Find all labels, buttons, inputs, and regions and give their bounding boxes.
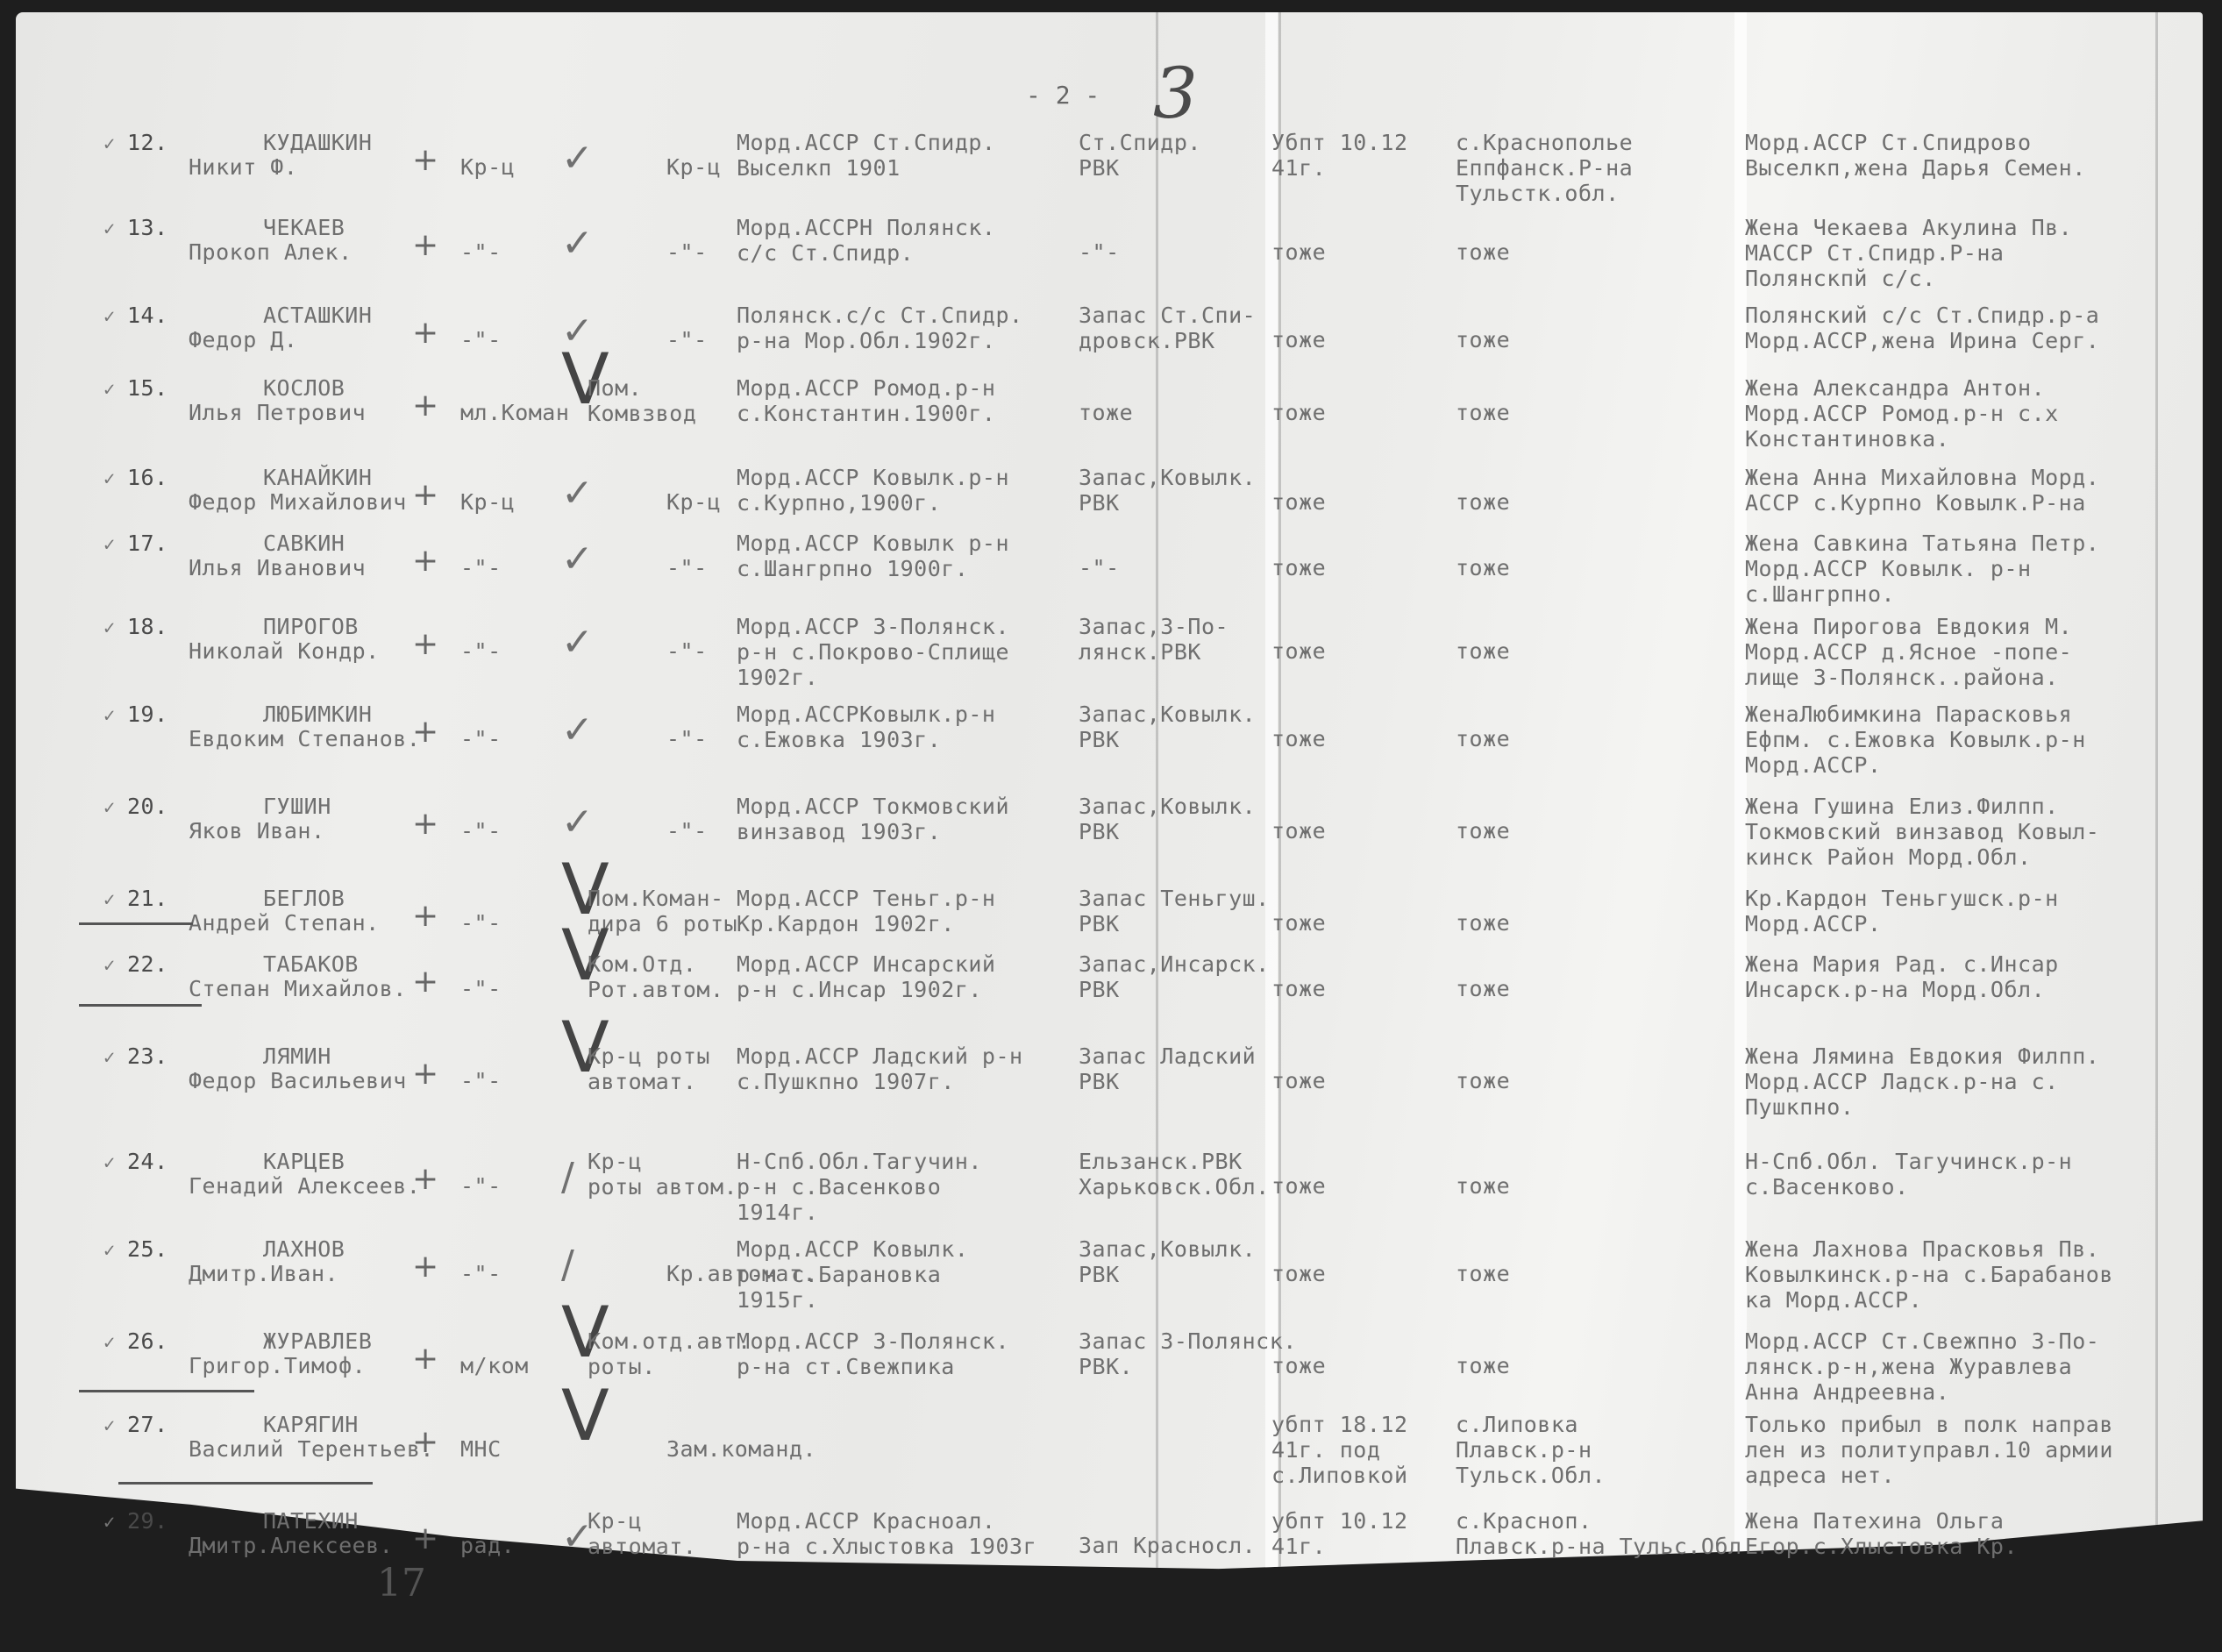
- check-mark-icon: ✓: [561, 146, 594, 171]
- military-commissariat: -"-: [1079, 239, 1120, 265]
- entry-number: 15.: [127, 375, 168, 401]
- given-names: Николай Кондр.: [189, 638, 380, 664]
- tick-mark: ✓: [103, 468, 115, 490]
- tick-mark: ✓: [103, 218, 115, 240]
- surname: САВКИН: [263, 530, 345, 556]
- military-commissariat: тоже: [1079, 400, 1133, 425]
- given-names: Федор Михайлович: [189, 489, 407, 515]
- relatives-address: Жена Гушина Елиз.Филпп. Токмовский винза…: [1745, 794, 2099, 870]
- tick-mark: ✓: [103, 1415, 115, 1437]
- surname: КАРЦЕВ: [263, 1149, 345, 1174]
- position: Ком.Отд. Рот.автом.: [588, 951, 724, 1002]
- burial-place: тоже: [1456, 726, 1510, 751]
- given-names: Прокоп Алек.: [189, 239, 353, 265]
- burial-place: тоже: [1456, 976, 1510, 1001]
- surname: ЛЯМИН: [263, 1043, 331, 1069]
- military-commissariat: Запас,Инсарск. РВК: [1079, 951, 1270, 1002]
- rank: -"-: [460, 327, 502, 352]
- rank: мл.Коман: [460, 400, 569, 425]
- birthplace: Н-Спб.Обл.Тагучин. р-н с.Васенково 1914г…: [737, 1149, 982, 1225]
- birthplace: Морд.АССР Токмовский винзавод 1903г.: [737, 794, 1009, 844]
- relatives-address: Жена Мария Рад. с.Инсар Инсарск.р-на Мор…: [1745, 951, 2059, 1002]
- date-of-death: тоже: [1271, 1353, 1326, 1378]
- rank: -"-: [460, 555, 502, 580]
- check-mark-icon: ✓: [561, 809, 594, 835]
- given-names: Евдоким Степанов.: [189, 726, 420, 751]
- birthplace: Морд.АССР З-Полянск. р-на ст.Свежпика: [737, 1328, 1009, 1379]
- tick-mark: ✓: [103, 1240, 115, 1262]
- rank: -"-: [460, 1173, 502, 1199]
- underline-mark: [79, 922, 193, 925]
- relatives-address: Жена Савкина Татьяна Петр. Морд.АССР Ков…: [1745, 530, 2099, 607]
- birthplace: Морд.АССРН Полянск. с/с Ст.Спидр.: [737, 215, 995, 266]
- tick-mark: ✓: [103, 1047, 115, 1069]
- check-mark-icon: /: [561, 1164, 574, 1190]
- birthplace: Морд.АССР Ромод.р-н с.Константин.1900г.: [737, 375, 995, 426]
- position: Кр-ц: [666, 154, 721, 180]
- entry-number: 25.: [127, 1236, 168, 1262]
- entry-number: 22.: [127, 951, 168, 977]
- military-commissariat: Ельзанск.РВК Харьковск.Обл.: [1079, 1149, 1270, 1200]
- check-mark-icon: V: [561, 1403, 609, 1428]
- relatives-address: Только прибыл в полк направ лен из полит…: [1745, 1412, 2113, 1488]
- military-commissariat: Запас,Ковылк. РВК: [1079, 701, 1256, 752]
- date-of-death: Убпт 10.12 41г.: [1271, 130, 1408, 181]
- relatives-address: Полянский с/с Ст.Спидр.р-а Морд.АССР,жен…: [1745, 303, 2099, 353]
- date-of-death: тоже: [1271, 976, 1326, 1001]
- surname: ЖУРАВЛЕВ: [263, 1328, 372, 1354]
- military-commissariat: Запас,З-По- лянск.РВК: [1079, 614, 1229, 665]
- rank: -"-: [460, 638, 502, 664]
- burial-place: тоже: [1456, 555, 1510, 580]
- underline-mark: [79, 1390, 254, 1392]
- surname: КОСЛОВ: [263, 375, 345, 401]
- check-mark-icon: ✓: [561, 231, 594, 256]
- position: Кр-ц: [666, 489, 721, 515]
- birthplace: Морд.АССР З-Полянск. р-н с.Покрово-Сплищ…: [737, 614, 1009, 690]
- check-mark-icon: /: [561, 1252, 574, 1278]
- burial-place: тоже: [1456, 818, 1510, 844]
- entry-number: 17.: [127, 530, 168, 556]
- entry-number: 21.: [127, 886, 168, 911]
- military-commissariat: Зап Красносл.: [1079, 1533, 1256, 1558]
- military-commissariat: -"-: [1079, 555, 1120, 580]
- rank: -"-: [460, 1261, 502, 1286]
- date-of-death: тоже: [1271, 489, 1326, 515]
- tick-mark: ✓: [103, 534, 115, 556]
- relatives-address: Жена Анна Михайловна Морд. АССР с.Курпно…: [1745, 465, 2099, 516]
- relatives-address: Жена Лямина Евдокия Филпп. Морд.АССР Лад…: [1745, 1043, 2099, 1120]
- military-commissariat: Запас З-Полянск. РВК.: [1079, 1328, 1297, 1379]
- relatives-address: Жена Чекаева Акулина Пв. МАССР Ст.Спидр.…: [1745, 215, 2072, 291]
- given-names: Андрей Степан.: [189, 910, 380, 936]
- date-of-death: тоже: [1271, 555, 1326, 580]
- burial-place: тоже: [1456, 1068, 1510, 1093]
- position: Кр-ц роты автомат.: [588, 1043, 710, 1094]
- underline-mark: [118, 1482, 373, 1485]
- relatives-address: Жена Пирогова Евдокия М. Морд.АССР д.Ясн…: [1745, 614, 2072, 690]
- cross-icon: +: [412, 1526, 439, 1551]
- date-of-death: тоже: [1271, 1261, 1326, 1286]
- birthplace: Морд.АССР Ковылк.р-н с.Курпно,1900г.: [737, 465, 1009, 516]
- position: -"-: [666, 818, 708, 844]
- burial-place: тоже: [1456, 489, 1510, 515]
- tick-mark: ✓: [103, 133, 115, 155]
- tick-mark: ✓: [103, 617, 115, 639]
- surname: ЧЕКАЕВ: [263, 215, 345, 240]
- cross-icon: +: [412, 1166, 439, 1192]
- surname: ЛЮБИМКИН: [263, 701, 372, 727]
- given-names: Федор Д.: [189, 327, 297, 352]
- rank: м/ком: [460, 1353, 529, 1378]
- handwritten-footer-number: 17: [377, 1561, 426, 1606]
- cross-icon: +: [412, 393, 439, 418]
- burial-place: с.Краснополье Еппфанск.Р-на Тульстк.обл.: [1456, 130, 1633, 206]
- position: Кр-ц роты автом.: [588, 1149, 737, 1200]
- rank: Кр-ц: [460, 489, 515, 515]
- burial-place: с.Красноп. Плавск.р-на Тульс.Обл: [1456, 1508, 1742, 1559]
- date-of-death: убпт 10.12 41г.: [1271, 1508, 1408, 1559]
- position: -"-: [666, 638, 708, 664]
- burial-place: тоже: [1456, 910, 1510, 936]
- surname: ЛАХНОВ: [263, 1236, 345, 1262]
- surname: ГУШИН: [263, 794, 331, 819]
- cross-icon: +: [412, 1429, 439, 1455]
- handwritten-page-number: 3: [1153, 53, 1198, 134]
- rank: -"-: [460, 976, 502, 1001]
- tick-mark: ✓: [103, 1512, 115, 1534]
- given-names: Степан Михайлов.: [189, 976, 407, 1001]
- birthplace: Морд.АССР Красноал. р-на с.Хлыстовка 190…: [737, 1508, 1036, 1559]
- position: Ком.отд.авт. роты.: [588, 1328, 751, 1379]
- birthplace: Морд.АССР Теньг.р-н Кр.Кардон 1902г.: [737, 886, 995, 936]
- cross-icon: +: [412, 903, 439, 929]
- tick-mark: ✓: [103, 1332, 115, 1354]
- relatives-address: Жена Александра Антон. Морд.АССР Ромод.р…: [1745, 375, 2059, 452]
- surname: АСТАШКИН: [263, 303, 372, 328]
- date-of-death: тоже: [1271, 910, 1326, 936]
- burial-place: тоже: [1456, 239, 1510, 265]
- birthplace: Морд.АССР Ковылк. р-н с.Барановка 1915г.: [737, 1236, 968, 1313]
- typed-page-number: - 2 -: [1026, 81, 1100, 110]
- given-names: Никит Ф.: [189, 154, 297, 180]
- position: Пом.Коман- дира 6 роты: [588, 886, 737, 936]
- burial-place: тоже: [1456, 400, 1510, 425]
- surname: БЕГЛОВ: [263, 886, 345, 911]
- given-names: Яков Иван.: [189, 818, 325, 844]
- military-commissariat: Запас,Ковылк. РВК: [1079, 1236, 1256, 1287]
- underline-mark: [79, 1004, 202, 1007]
- cross-icon: +: [412, 482, 439, 508]
- burial-place: тоже: [1456, 1353, 1510, 1378]
- rank: рад.: [460, 1533, 515, 1558]
- surname: КАРЯГИН: [263, 1412, 359, 1437]
- position: -"-: [666, 555, 708, 580]
- tick-mark: ✓: [103, 306, 115, 328]
- date-of-death: тоже: [1271, 726, 1326, 751]
- birthplace: Морд.АССРКовылк.р-н с.Ежовка 1903г.: [737, 701, 995, 752]
- check-mark-icon: ✓: [561, 481, 594, 506]
- check-mark-icon: ✓: [561, 717, 594, 743]
- birthplace: Морд.АССР Ст.Спидр. Выселкп 1901: [737, 130, 995, 181]
- entry-number: 19.: [127, 701, 168, 727]
- given-names: Василий Терентьев.: [189, 1436, 434, 1462]
- date-of-death: тоже: [1271, 818, 1326, 844]
- relatives-address: Морд.АССР Ст.Свежпно З-По- лянск.р-н,жен…: [1745, 1328, 2099, 1405]
- position: Кр-ц автомат.: [588, 1508, 696, 1559]
- given-names: Григор.Тимоф.: [189, 1353, 366, 1378]
- cross-icon: +: [412, 1061, 439, 1086]
- rank: -"-: [460, 726, 502, 751]
- entry-number: 20.: [127, 794, 168, 819]
- cross-icon: +: [412, 147, 439, 173]
- surname: ПАТЕХИН: [263, 1508, 359, 1534]
- date-of-death: тоже: [1271, 400, 1326, 425]
- date-of-death: тоже: [1271, 1173, 1326, 1199]
- birthplace: Полянск.с/с Ст.Спидр. р-на Мор.Обл.1902г…: [737, 303, 1023, 353]
- position: -"-: [666, 327, 708, 352]
- cross-icon: +: [412, 811, 439, 837]
- date-of-death: тоже: [1271, 1068, 1326, 1093]
- military-commissariat: Ст.Спидр. РВК: [1079, 130, 1201, 181]
- relatives-address: Н-Спб.Обл. Тагучинск.р-н с.Васенково.: [1745, 1149, 2072, 1200]
- given-names: Дмитр.Алексеев.: [189, 1533, 393, 1558]
- rank: -"-: [460, 239, 502, 265]
- cross-icon: +: [412, 548, 439, 573]
- date-of-death: тоже: [1271, 638, 1326, 664]
- surname: КАНАЙКИН: [263, 465, 372, 490]
- position: -"-: [666, 726, 708, 751]
- entry-number: 14.: [127, 303, 168, 328]
- relatives-address: Жена Патехина Ольга Егор.с.Хлыстовка Кр.: [1745, 1508, 2018, 1559]
- date-of-death: убпт 18.12 41г. под с.Липовкой: [1271, 1412, 1408, 1488]
- relatives-address: Кр.Кардон Теньгушск.р-н Морд.АССР.: [1745, 886, 2059, 936]
- burial-place: тоже: [1456, 638, 1510, 664]
- military-commissariat: Запас Теньгуш. РВК: [1079, 886, 1270, 936]
- cross-icon: +: [412, 320, 439, 345]
- paper-fold: [2155, 12, 2158, 1617]
- given-names: Илья Иванович: [189, 555, 366, 580]
- tick-mark: ✓: [103, 1152, 115, 1174]
- military-commissariat: Запас,Ковылк. РВК: [1079, 465, 1256, 516]
- given-names: Федор Васильевич: [189, 1068, 407, 1093]
- position: Зам.команд.: [666, 1436, 816, 1462]
- rank: МНС: [460, 1436, 502, 1462]
- date-of-death: тоже: [1271, 327, 1326, 352]
- relatives-address: Жена Лахнова Прасковья Пв. Ковылкинск.р-…: [1745, 1236, 2113, 1313]
- cross-icon: +: [412, 631, 439, 657]
- rank: -"-: [460, 910, 502, 936]
- burial-place: тоже: [1456, 1261, 1510, 1286]
- surname: ТАБАКОВ: [263, 951, 359, 977]
- check-mark-icon: ✓: [561, 546, 594, 572]
- military-commissariat: Запас Ладский РВК: [1079, 1043, 1256, 1094]
- position: Пом. Комвзвод: [588, 375, 696, 426]
- burial-place: тоже: [1456, 1173, 1510, 1199]
- entry-number: 16.: [127, 465, 168, 490]
- given-names: Илья Петрович: [189, 400, 366, 425]
- cross-icon: +: [412, 1346, 439, 1371]
- military-commissariat: Запас Ст.Спи- дровск.РВК: [1079, 303, 1256, 353]
- rank: -"-: [460, 1068, 502, 1093]
- tick-mark: ✓: [103, 797, 115, 819]
- burial-place: тоже: [1456, 327, 1510, 352]
- tick-mark: ✓: [103, 889, 115, 911]
- tick-mark: ✓: [103, 705, 115, 727]
- entry-number: 12.: [127, 130, 168, 155]
- surname: ПИРОГОВ: [263, 614, 359, 639]
- rank: Кр-ц: [460, 154, 515, 180]
- entry-number: 24.: [127, 1149, 168, 1174]
- entry-number: 27.: [127, 1412, 168, 1437]
- relatives-address: ЖенаЛюбимкина Парасковья Ефпм. с.Ежовка …: [1745, 701, 2086, 778]
- entry-number: 13.: [127, 215, 168, 240]
- rank: -"-: [460, 818, 502, 844]
- given-names: Дмитр.Иван.: [189, 1261, 338, 1286]
- date-of-death: тоже: [1271, 239, 1326, 265]
- entry-number: 18.: [127, 614, 168, 639]
- position: -"-: [666, 239, 708, 265]
- birthplace: Морд.АССР Ладский р-н с.Пушкпно 1907г.: [737, 1043, 1023, 1094]
- military-commissariat: Запас,Ковылк. РВК: [1079, 794, 1256, 844]
- check-mark-icon: ✓: [561, 630, 594, 655]
- relatives-address: Морд.АССР Ст.Спидрово Выселкп,жена Дарья…: [1745, 130, 2086, 181]
- tick-mark: ✓: [103, 955, 115, 977]
- given-names: Генадий Алексеев.: [189, 1173, 420, 1199]
- birthplace: Морд.АССР Ковылк р-н с.Шангрпно 1900г.: [737, 530, 1009, 581]
- entry-number: 26.: [127, 1328, 168, 1354]
- entry-number: 23.: [127, 1043, 168, 1069]
- surname: КУДАШКИН: [263, 130, 372, 155]
- cross-icon: +: [412, 232, 439, 258]
- burial-place: с.Липовка Плавск.р-н Тульск.Обл.: [1456, 1412, 1606, 1488]
- cross-icon: +: [412, 969, 439, 994]
- tick-mark: ✓: [103, 379, 115, 401]
- entry-number: 29.: [127, 1508, 168, 1534]
- cross-icon: +: [412, 719, 439, 744]
- cross-icon: +: [412, 1254, 439, 1279]
- birthplace: Морд.АССР Инсарский р-н с.Инсар 1902г.: [737, 951, 995, 1002]
